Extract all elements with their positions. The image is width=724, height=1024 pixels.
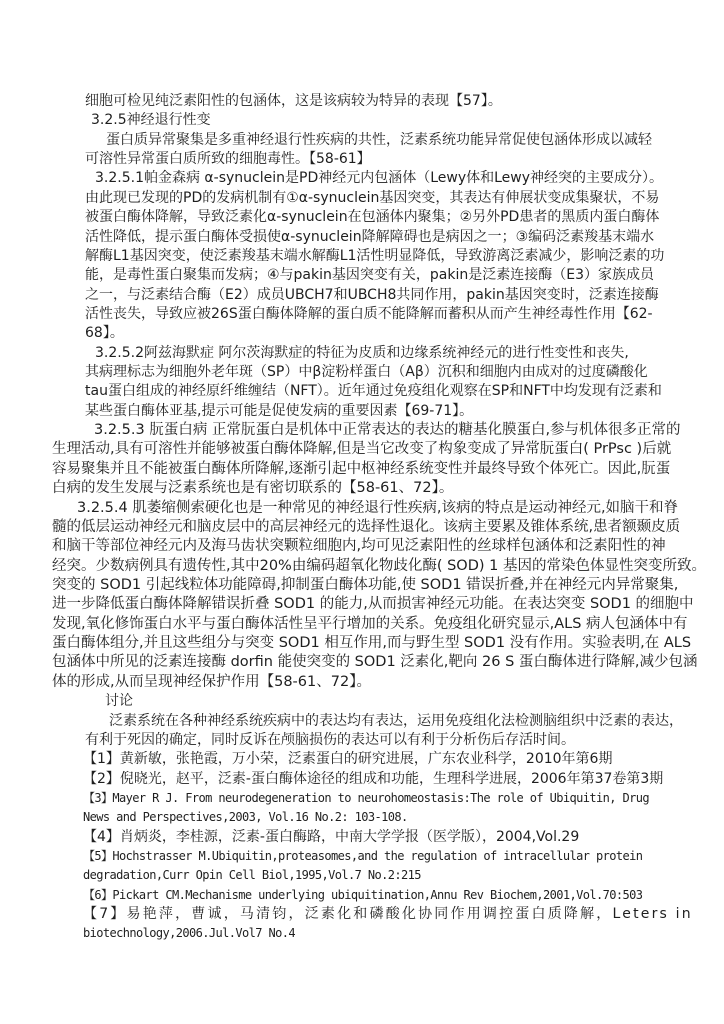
doc-line: 蛋白质异常聚集是多重神经退行性疾病的共性，泛素系统功能异常促使包涵体形成以减轻 bbox=[106, 131, 645, 150]
doc-line: 由此现已发现的PD的发病机制有①α-synuclein基因突变，其表达有伸展状变… bbox=[85, 189, 645, 208]
doc-line: 某些蛋白酶体亚基,提示可能是促使发病的重要因素【69-71】。 bbox=[85, 402, 645, 421]
discussion-heading: 讨论 bbox=[105, 692, 645, 711]
doc-line: 其病理标志为细胞外老年斑（SP）中β淀粉样蛋白（Aβ）沉积和细胞内由成对的过度磷… bbox=[85, 363, 645, 382]
doc-line: 蛋白酶体组分,并且这些组分与突变 SOD1 相互作用,而与野生型 SOD1 没有… bbox=[52, 634, 645, 653]
reference-4: 【4】肖炳炎，李桂源，泛素-蛋白酶路，中南大学学报（医学版），2004,Vol.… bbox=[83, 828, 645, 847]
reference-6: 【6】Pickart CM.Mechanisme underlying ubiq… bbox=[83, 886, 645, 905]
subsection-heading-3-2-5-4: 3.2.5.4 肌萎缩侧索硬化也是一种常见的神经退行性疾病,该病的特点是运动神经… bbox=[77, 499, 645, 518]
subsection-heading-3-2-5-3: 3.2.5.3 朊蛋白病 正常朊蛋白是机体中正常表达的表达的糖基化膜蛋白,参与机… bbox=[94, 421, 645, 440]
doc-line: 和脑干等部位神经元内及海马齿状突颗粒细胞内,均可见泛素阳性的丝球样包涵体和泛素阳… bbox=[52, 537, 645, 556]
doc-line: 体的形成,从而呈现神经保护作用【58-61、72】。 bbox=[52, 673, 645, 692]
section-heading-3-2-5: 3.2.5神经退行性变 bbox=[91, 111, 645, 130]
document-text-block: 细胞可检见纯泛素阳性的包涵体，这是该病较为特异的表现【57】。 3.2.5神经退… bbox=[85, 92, 645, 944]
subsection-heading-3-2-5-1: 3.2.5.1帕金森病 α-synuclein是PD神经元内包涵体（Lewy体和… bbox=[95, 169, 645, 188]
doc-line: 白病的发生发展与泛素系统也是有密切联系的【58-61、72】。 bbox=[52, 479, 645, 498]
doc-line: 有利于死因的确定，同时反诉在颅脑损伤的表达可以有利于分析伤后存活时间。 bbox=[85, 731, 645, 750]
doc-line: 突变的 SOD1 引起线粒体功能障碍,抑制蛋白酶体功能,使 SOD1 错误折叠,… bbox=[52, 576, 645, 595]
doc-line: 活性丧失，导致应被26S蛋白酶体降解的蛋白质不能降解而蓄积从而产生神经毒性作用【… bbox=[85, 305, 645, 324]
reference-3-continued: News and Perspectives,2003, Vol.16 No.2:… bbox=[83, 808, 645, 827]
doc-line: 之一，与泛素结合酶（E2）成员UBCH7和UBCH8共同作用，pakin基因突变… bbox=[85, 286, 645, 305]
reference-5: 【5】Hochstrasser M.Ubiquitin,proteasomes,… bbox=[83, 847, 645, 866]
doc-line: 解酶L1基因突变，使泛素羧基末端水解酶L1活性明显降低，导致游离泛素减少，影响泛… bbox=[85, 247, 645, 266]
doc-line: 活性降低，提示蛋白酶体受损使α-synuclein降解障碍也是病因之一；③编码泛… bbox=[85, 228, 645, 247]
doc-line: 68】。 bbox=[85, 324, 645, 343]
doc-line: 经突。少数病例具有遗传性,其中20%由编码超氧化物歧化酶( SOD) 1 基因的… bbox=[52, 557, 645, 576]
doc-line: 细胞可检见纯泛素阳性的包涵体，这是该病较为特异的表现【57】。 bbox=[85, 92, 645, 111]
reference-2: 【2】倪晓光，赵平，泛素-蛋白酶体途径的组成和功能，生理科学进展，2006年第3… bbox=[83, 770, 645, 789]
reference-3: 【3】Mayer R J. From neurodegeneration to … bbox=[83, 789, 645, 808]
doc-line: 进一步降低蛋白酶体降解错误折叠 SOD1 的能力,从而损害神经元功能。在表达突变… bbox=[52, 595, 645, 614]
doc-line: 包涵体中所见的泛素连接酶 dorfin 能使突变的 SOD1 泛素化,靶向 26… bbox=[52, 653, 645, 672]
doc-line: 能，是毒性蛋白聚集而发病；④与pakin基因突变有关，pakin是泛素连接酶（E… bbox=[85, 266, 645, 285]
doc-line: 可溶性异常蛋白质所致的细胞毒性。【58-61】 bbox=[85, 150, 645, 169]
reference-7-continued: biotechnology,2006.Jul.Vol7 No.4 bbox=[83, 924, 645, 943]
doc-line: tau蛋白组成的神经原纤维缠结（NFT）。近年通过免疫组化观察在SP和NFT中均… bbox=[85, 382, 645, 401]
reference-7: 【7】易艳萍，曹诚，马清钧，泛素化和磷酸化协同作用调控蛋白质降解，Leters … bbox=[83, 905, 645, 924]
doc-line: 泛素系统在各种神经系统疾病中的表达均有表达，运用免疫组化法检测脑组织中泛素的表达… bbox=[109, 712, 645, 731]
reference-5-continued: degradation,Curr Opin Cell Biol,1995,Vol… bbox=[83, 866, 645, 885]
document-page: 细胞可检见纯泛素阳性的包涵体，这是该病较为特异的表现【57】。 3.2.5神经退… bbox=[0, 0, 724, 1024]
doc-line: 髓的低层运动神经元和脑皮层中的高层神经元的选择性退化。该病主要累及锥体系统,患者… bbox=[52, 518, 645, 537]
doc-line: 被蛋白酶体降解，导致泛素化α-synuclein在包涵体内聚集；②另外PD患者的… bbox=[85, 208, 645, 227]
doc-line: 发现,氧化修饰蛋白水平与蛋白酶体活性呈平行增加的关系。免疫组化研究显示,ALS … bbox=[52, 615, 645, 634]
doc-line: 容易聚集并且不能被蛋白酶体所降解,逐渐引起中枢神经系统变性并最终导致个体死亡。因… bbox=[52, 460, 645, 479]
subsection-heading-3-2-5-2: 3.2.5.2阿兹海默症 阿尔茨海默症的特征为皮质和边缘系统神经元的进行性变性和… bbox=[95, 344, 645, 363]
doc-line: 生理活动,具有可溶性并能够被蛋白酶体降解,但是当它改变了构象变成了异常朊蛋白( … bbox=[52, 440, 645, 459]
reference-1: 【1】黄新敏，张艳霞，万小荣，泛素蛋白的研究进展，广东农业科学，2010年第6期 bbox=[83, 750, 645, 769]
